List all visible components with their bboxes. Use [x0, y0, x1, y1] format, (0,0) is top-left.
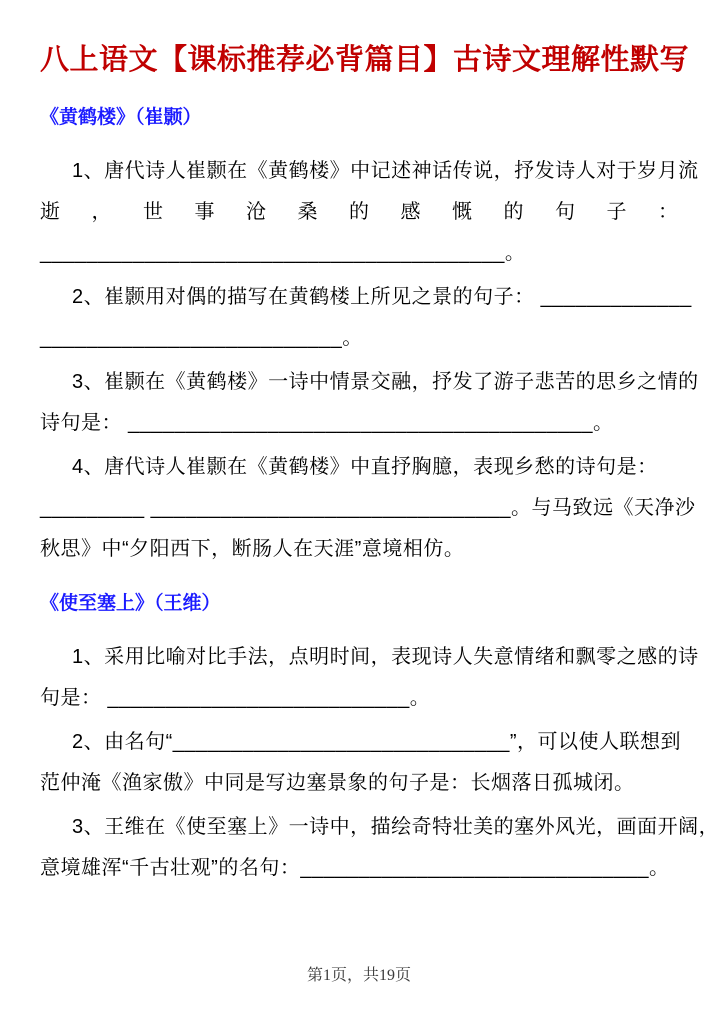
answer-blank-line: 意境雄浑“千古壮观”的名句：__________________________… — [40, 848, 678, 889]
question-line: 3、崔颢在《黄鹤楼》一诗中情景交融，抒发了游子悲苦的思乡之情的 — [40, 362, 678, 403]
page-title: 八上语文【课标推荐必背篇目】古诗文理解性默写 — [40, 40, 678, 80]
question-line: 1、唐代诗人崔颢在《黄鹤楼》中记述神话传说，抒发诗人对于岁月流 — [40, 151, 678, 192]
question-line: 范仲淹《渔家傲》中同是写边塞景象的句子是：长烟落日孤城闭。 — [40, 763, 678, 804]
question-paragraph: 3、王维在《使至塞上》一诗中，描绘奇特壮美的塞外风光，画面开阔， 意境雄浑“千古… — [40, 807, 678, 889]
answer-blank-line: 句是： __________________________。 — [40, 678, 678, 719]
question-paragraph: 1、唐代诗人崔颢在《黄鹤楼》中记述神话传说，抒发诗人对于岁月流 逝，世事沧桑的感… — [40, 151, 678, 274]
answer-blank-line: ________________________________________… — [40, 233, 678, 274]
question-paragraph: 2、崔颢用对偶的描写在黄鹤楼上所见之景的句子： _____________ __… — [40, 277, 678, 359]
answer-blank-line: 诗句是： ___________________________________… — [40, 403, 678, 444]
document-page: 八上语文【课标推荐必背篇目】古诗文理解性默写 《黄鹤楼》（崔颢） 1、唐代诗人崔… — [0, 40, 718, 889]
question-paragraph: 4、唐代诗人崔颢在《黄鹤楼》中直抒胸臆，表现乡愁的诗句是： _________ … — [40, 447, 678, 570]
question-line: 1、采用比喻对比手法，点明时间，表现诗人失意情绪和飘零之感的诗 — [40, 637, 678, 678]
question-line: 逝，世事沧桑的感慨的句子： — [40, 192, 678, 233]
question-paragraph: 2、由名句“_____________________________”，可以使… — [40, 722, 678, 804]
question-line: 2、由名句“_____________________________”，可以使… — [40, 722, 678, 763]
answer-blank-line: __________________________。 — [40, 318, 678, 359]
question-line: 3、王维在《使至塞上》一诗中，描绘奇特壮美的塞外风光，画面开阔， — [40, 807, 678, 848]
section-heading-shizhisaishang: 《使至塞上》（王维） — [40, 590, 678, 618]
question-line: 秋思》中“夕阳西下，断肠人在天涯”意境相仿。 — [40, 529, 678, 570]
question-line: 4、唐代诗人崔颢在《黄鹤楼》中直抒胸臆，表现乡愁的诗句是： — [40, 447, 678, 488]
page-number-footer: 第1页，共19页 — [0, 962, 718, 985]
section-heading-huanghelou: 《黄鹤楼》（崔颢） — [40, 104, 678, 132]
question-paragraph: 3、崔颢在《黄鹤楼》一诗中情景交融，抒发了游子悲苦的思乡之情的 诗句是： ___… — [40, 362, 678, 444]
question-line: 2、崔颢用对偶的描写在黄鹤楼上所见之景的句子： _____________ — [40, 277, 678, 318]
question-paragraph: 1、采用比喻对比手法，点明时间，表现诗人失意情绪和飘零之感的诗 句是： ____… — [40, 637, 678, 719]
answer-blank-line: _________ ______________________________… — [40, 488, 678, 529]
